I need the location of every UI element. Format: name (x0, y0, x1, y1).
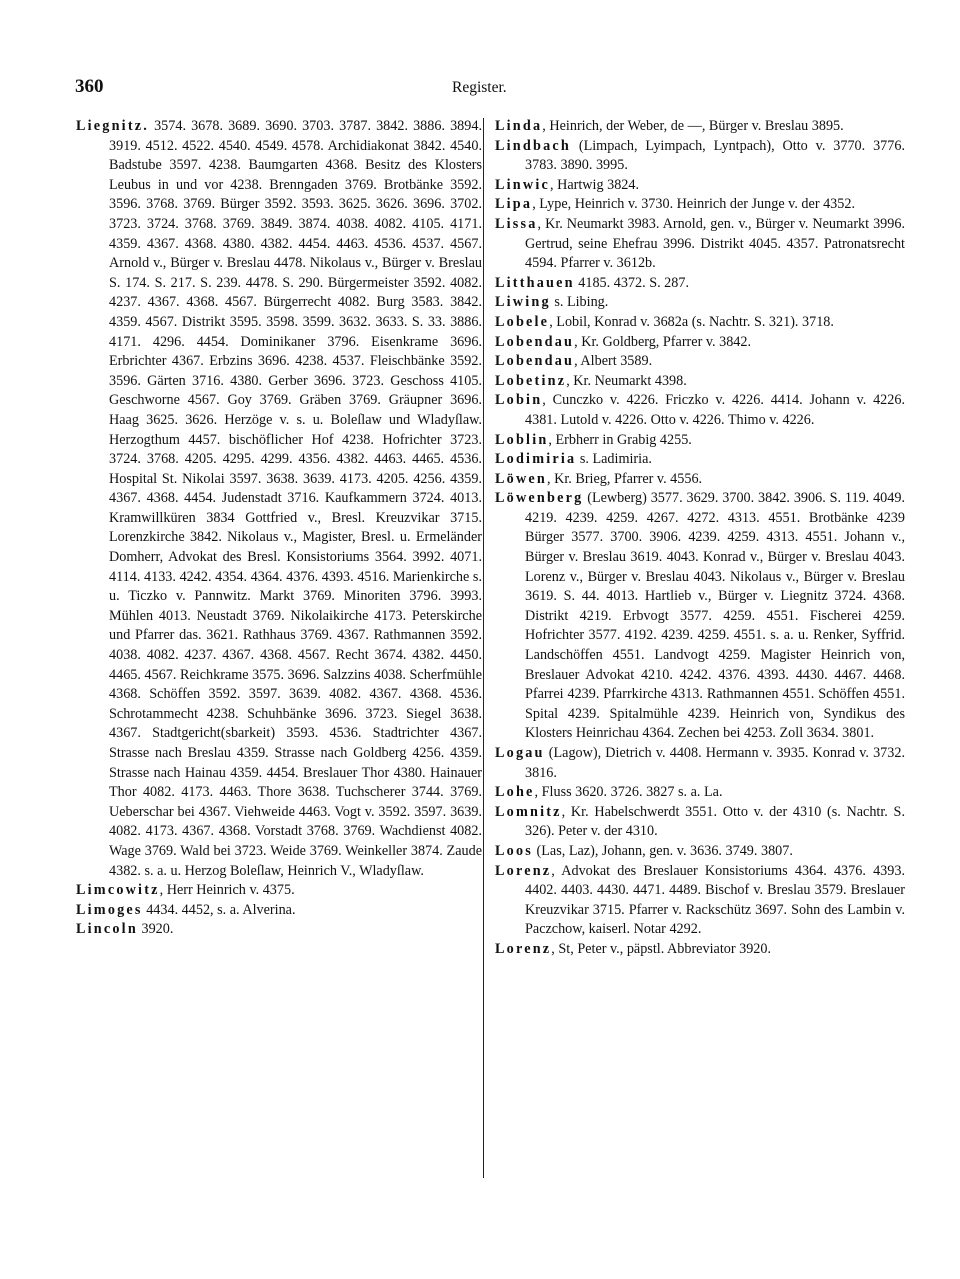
entry-text: , Albert 3589. (574, 353, 652, 369)
entry-text: , Herr Heinrich v. 4375. (160, 882, 295, 898)
entry-text: , Erbherr in Grabig 4255. (548, 432, 691, 448)
index-entry: Liegnitz. 3574. 3678. 3689. 3690. 3703. … (76, 117, 482, 881)
entry-headword: Loblin (495, 432, 548, 448)
index-entry: Löwen, Kr. Brieg, Pfarrer v. 4556. (495, 470, 905, 490)
entry-text: 4434. 4452, s. a. Alverina. (143, 902, 296, 918)
entry-headword: Lobele (495, 314, 549, 330)
entry-text: , Heinrich, der Weber, de —, Bürger v. B… (542, 118, 843, 134)
entry-text: s. Libing. (551, 294, 609, 310)
entry-headword: Lipa (495, 196, 532, 212)
index-entry: Linwic, Hartwig 3824. (495, 176, 905, 196)
index-entry: Lindbach (Limpach, Lyimpach, Lyntpach), … (495, 137, 905, 176)
entry-text: , Advokat des Breslauer Konsistoriums 43… (525, 863, 905, 938)
index-entry: Limoges 4434. 4452, s. a. Alverina. (76, 901, 482, 921)
entry-text: (Limpach, Lyimpach, Lyntpach), Otto v. 3… (525, 138, 905, 174)
entry-headword: Lodimiria (495, 451, 576, 467)
index-entry: Lobetinz, Kr. Neumarkt 4398. (495, 372, 905, 392)
entry-headword: Lobendau (495, 334, 574, 350)
entry-headword: Limcowitz (76, 882, 160, 898)
index-entry: Lipa, Lype, Heinrich v. 3730. Heinrich d… (495, 195, 905, 215)
entry-headword: Lobendau (495, 353, 574, 369)
entry-text: s. Ladimiria. (576, 451, 652, 467)
entry-headword: Lobin (495, 392, 542, 408)
index-entry: Lincoln 3920. (76, 920, 482, 940)
entry-headword: Linwic (495, 177, 550, 193)
right-column: Linda, Heinrich, der Weber, de —, Bürger… (495, 117, 905, 960)
entry-headword: Lohe (495, 784, 535, 800)
index-entry: Loos (Las, Laz), Johann, gen. v. 3636. 3… (495, 842, 905, 862)
entry-text: (Las, Laz), Johann, gen. v. 3636. 3749. … (533, 843, 793, 859)
entry-text: , Kr. Neumarkt 3983. Arnold, gen. v., Bü… (525, 216, 905, 271)
index-entry: Linda, Heinrich, der Weber, de —, Bürger… (495, 117, 905, 137)
entry-headword: Lorenz (495, 941, 551, 957)
index-entry: Lobele, Lobil, Konrad v. 3682a (s. Nacht… (495, 313, 905, 333)
entry-text: , Fluss 3620. 3726. 3827 s. a. La. (535, 784, 723, 800)
entry-headword: Lissa (495, 216, 538, 232)
entry-headword: Lincoln (76, 921, 138, 937)
entry-text: , St, Peter v., päpstl. Abbreviator 3920… (551, 941, 771, 957)
index-entry: Lobin, Cunczko v. 4226. Friczko v. 4226.… (495, 391, 905, 430)
index-entry: Logau (Lagow), Dietrich v. 4408. Hermann… (495, 744, 905, 783)
entry-text: , Lype, Heinrich v. 3730. Heinrich der J… (532, 196, 855, 212)
entry-text: , Cunczko v. 4226. Friczko v. 4226. 4414… (525, 392, 905, 428)
index-entry: Lobendau, Albert 3589. (495, 352, 905, 372)
index-entry: Lobendau, Kr. Goldberg, Pfarrer v. 3842. (495, 333, 905, 353)
entry-text: , Kr. Neumarkt 4398. (566, 373, 687, 389)
entry-headword: Löwenberg (495, 490, 583, 506)
entry-headword: Lindbach (495, 138, 571, 154)
entry-text: , Kr. Habelschwerdt 3551. Otto v. der 43… (525, 804, 905, 840)
entry-text: , Hartwig 3824. (550, 177, 639, 193)
index-entry: Limcowitz, Herr Heinrich v. 4375. (76, 881, 482, 901)
running-title: Register. (452, 79, 507, 97)
index-entry: Löwenberg (Lewberg) 3577. 3629. 3700. 38… (495, 489, 905, 744)
entry-headword: Lorenz (495, 863, 551, 879)
page-number: 360 (75, 76, 104, 98)
index-entry: Lorenz, St, Peter v., päpstl. Abbreviato… (495, 940, 905, 960)
entry-text: 3574. 3678. 3689. 3690. 3703. 3787. 3842… (109, 118, 482, 879)
entry-text: (Lewberg) 3577. 3629. 3700. 3842. 3906. … (525, 490, 905, 741)
entry-headword: Liwing (495, 294, 551, 310)
entry-headword: Loos (495, 843, 533, 859)
index-entry: Lohe, Fluss 3620. 3726. 3827 s. a. La. (495, 783, 905, 803)
entry-text: (Lagow), Dietrich v. 4408. Hermann v. 39… (525, 745, 905, 781)
index-entry: Lissa, Kr. Neumarkt 3983. Arnold, gen. v… (495, 215, 905, 274)
entry-headword: Lomnitz (495, 804, 562, 820)
index-entry: Lomnitz, Kr. Habelschwerdt 3551. Otto v.… (495, 803, 905, 842)
entry-text: 3920. (138, 921, 173, 937)
index-entry: Lorenz, Advokat des Breslauer Konsistori… (495, 862, 905, 940)
index-entry: Loblin, Erbherr in Grabig 4255. (495, 431, 905, 451)
index-entry: Litthauen 4185. 4372. S. 287. (495, 274, 905, 294)
entry-text: , Kr. Goldberg, Pfarrer v. 3842. (574, 334, 751, 350)
entry-text: 4185. 4372. S. 287. (575, 275, 689, 291)
entry-headword: Löwen (495, 471, 547, 487)
entry-headword: Litthauen (495, 275, 575, 291)
entry-headword: Liegnitz. (76, 118, 149, 134)
left-column: Liegnitz. 3574. 3678. 3689. 3690. 3703. … (76, 117, 482, 940)
column-divider (483, 118, 484, 1178)
entry-headword: Limoges (76, 902, 143, 918)
index-entry: Lodimiria s. Ladimiria. (495, 450, 905, 470)
entry-headword: Lobetinz (495, 373, 566, 389)
entry-headword: Logau (495, 745, 545, 761)
entry-text: , Lobil, Konrad v. 3682a (s. Nachtr. S. … (549, 314, 834, 330)
entry-headword: Linda (495, 118, 542, 134)
entry-text: , Kr. Brieg, Pfarrer v. 4556. (547, 471, 702, 487)
index-entry: Liwing s. Libing. (495, 293, 905, 313)
